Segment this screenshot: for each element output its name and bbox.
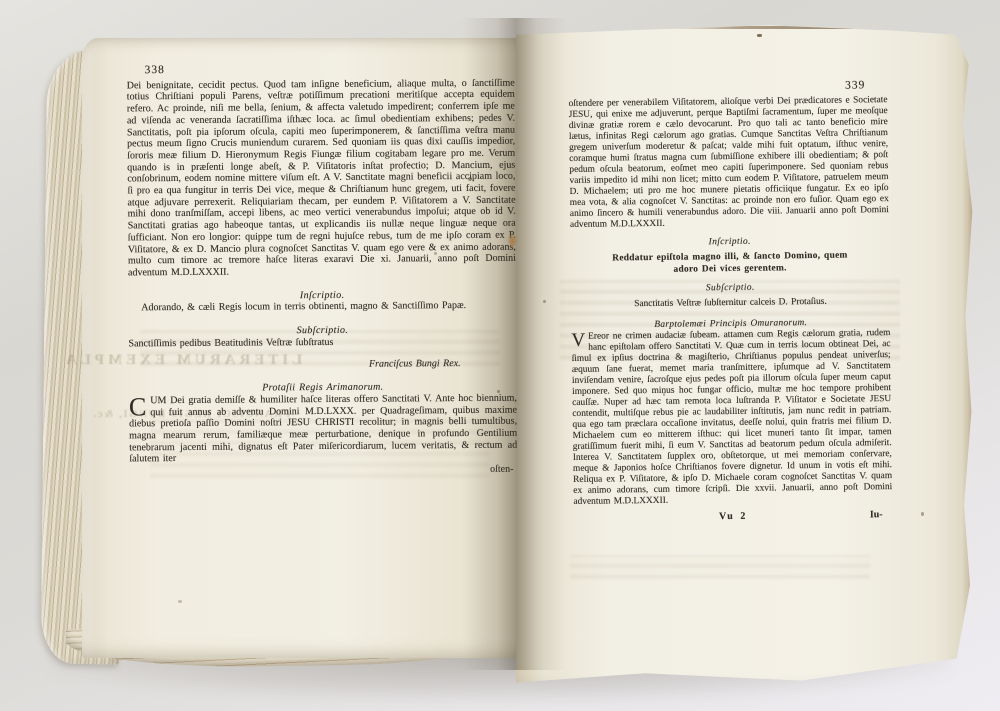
foxing-spot — [468, 177, 472, 181]
right-subscriptio-label: Subſcriptio. — [571, 281, 890, 296]
left-page-text-block: 338 Dei benignitate, cecidit pectus. Quo… — [127, 63, 518, 478]
foxing-spot — [178, 600, 182, 603]
right-dropcap-initial: V — [571, 332, 588, 349]
right-paragraph-1: oſtendere per venerabilem Viſitatorem, a… — [568, 95, 889, 231]
foxing-spot — [921, 512, 924, 516]
right-paragraph-2-text: Ereor ne crimen audaciæ ſubeam. attamen … — [572, 328, 893, 507]
left-subscriptio-text: Sanctiſſimis pedibus Beatitudinis Veſtræ… — [128, 335, 516, 349]
right-gathering-signature: Vu 2 — [574, 509, 893, 524]
foxing-spot — [543, 300, 546, 303]
left-signature: Franciſcus Bungi Rex. — [129, 358, 517, 372]
right-subscriptio-text: Sanctitatis Veſtræ ſubſternitur calceis … — [571, 296, 890, 311]
left-dropcap-initial: C — [129, 395, 150, 417]
right-inscriptio-label: Inſcriptio. — [570, 235, 889, 250]
foxing-spot — [434, 252, 437, 255]
left-paragraph-2-text: UM Dei gratia demiſſe & humiliter haſce … — [129, 393, 517, 465]
right-catchword: Iu- — [870, 509, 883, 520]
book-photograph: LITERARUM EXEMPLA FRANCISCI REGIS BUNGI,… — [0, 0, 1000, 711]
right-page-top-edge — [663, 26, 962, 29]
left-paragraph-1: Dei benignitate, cecidit pectus. Quod ta… — [127, 77, 516, 279]
foxing-spot — [757, 34, 762, 37]
right-page-number: 339 — [568, 80, 865, 95]
left-paragraph-2: CUM Dei gratia demiſſe & humiliter haſce… — [129, 393, 517, 466]
right-paragraph-2: VEreor ne crimen audaciæ ſubeam. attamen… — [571, 328, 892, 508]
right-page-text-block: 339 oſtendere per venerabilem Viſitatore… — [568, 80, 892, 526]
foxing-spot — [508, 234, 517, 248]
foxing-spot — [497, 390, 500, 393]
foxing-spot — [663, 393, 665, 396]
right-page-fore-edge — [962, 37, 976, 678]
left-inscriptio-text: Adorando, & cæli Regis locum in terris o… — [128, 300, 516, 314]
left-page-number: 338 — [145, 63, 515, 77]
